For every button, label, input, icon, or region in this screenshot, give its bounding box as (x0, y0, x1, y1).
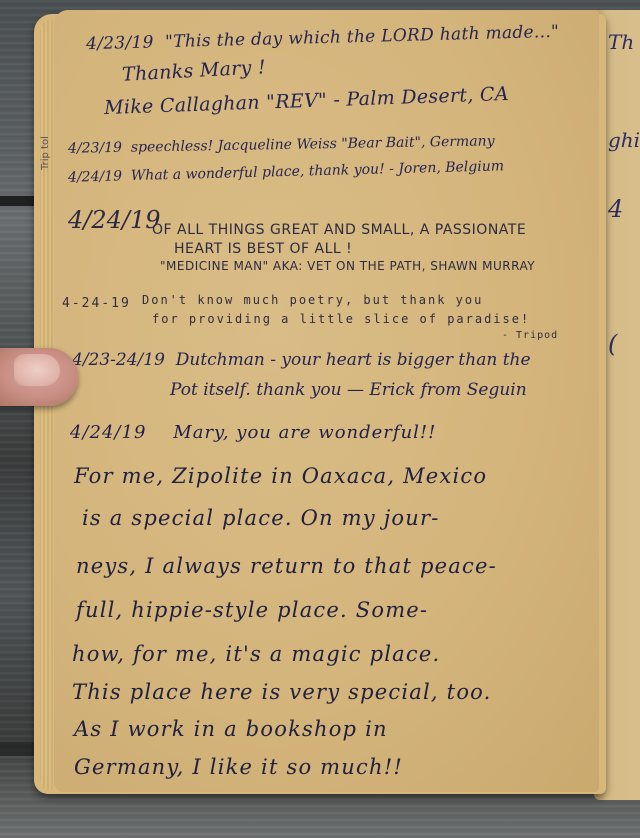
entry-date: 4/23-24/19 (72, 350, 165, 370)
entry-7-line-5: full, hippie-style place. Some- (76, 598, 428, 622)
facing-page-fragment: ghi (608, 128, 640, 152)
entry-7-line-2: For me, Zipolite in Oaxaca, Mexico (74, 464, 487, 488)
facing-page-fragment: Th (608, 30, 634, 54)
entry-5-line-1: Don't know much poetry, but thank you (142, 293, 483, 307)
spine-margin-note: Trip tol (40, 80, 54, 170)
entry-1-line-1: 4/23/19 "This the day which the LORD hat… (86, 22, 560, 54)
facing-page-fragment: 4 (608, 195, 623, 223)
entry-7-line-4: neys, I always return to that peace- (76, 554, 497, 578)
facing-page-fragment: ( (608, 330, 617, 358)
entry-date: 4/24/19 (68, 168, 122, 185)
entry-text: Mary, you are wonderful!! (173, 422, 436, 443)
entry-7-line-9: Germany, I like it so much!! (74, 755, 403, 779)
thumb-holding-page (0, 348, 78, 406)
entry-5-signature: - Tripod (502, 330, 558, 341)
entry-date: 4/23/19 (68, 140, 122, 157)
entry-date: 4/24/19 (70, 422, 146, 443)
entry-text: Dutchman - your heart is bigger than the (176, 350, 531, 370)
entry-date: 4/24/19 (68, 206, 161, 234)
entry-6-line-2: Pot itself. thank you — Erick from Segui… (170, 380, 527, 400)
entry-3: 4/24/19 What a wonderful place, thank yo… (68, 158, 504, 185)
entry-1-line-2: Thanks Mary ! (122, 56, 267, 86)
entry-7-line-3: is a special place. On my jour- (82, 506, 440, 530)
entry-2: 4/23/19 speechless! Jacqueline Weiss "Be… (68, 133, 495, 156)
entry-date: 4-24-19 (62, 296, 131, 311)
thumbnail (14, 354, 60, 386)
entry-text: What a wonderful place, thank you! - Jor… (131, 158, 504, 184)
entry-text: speechless! Jacqueline Weiss "Bear Bait"… (131, 133, 495, 155)
entry-date: 4/23/19 (86, 32, 154, 54)
entry-7-line-1: 4/24/19 Mary, you are wonderful!! (70, 422, 436, 443)
entry-5-line-2: for providing a little slice of paradise… (152, 312, 530, 326)
entry-text: "This the day which the LORD hath made..… (165, 22, 560, 52)
entry-4-line-2: HEART IS BEST OF ALL ! (174, 241, 352, 257)
entry-1-signature: Mike Callaghan "REV" - Palm Desert, CA (104, 83, 509, 119)
entry-7-line-8: As I work in a bookshop in (74, 717, 388, 741)
entry-7-line-6: how, for me, it's a magic place. (72, 642, 440, 666)
entry-4-line-1: OF ALL THINGS GREAT AND SMALL, A PASSION… (152, 222, 526, 238)
entry-4-signature: "MEDICINE MAN" AKA: VET ON THE PATH, SHA… (160, 259, 535, 273)
entry-6-line-1: 4/23-24/19 Dutchman - your heart is bigg… (72, 350, 531, 370)
entry-7-line-7: This place here is very special, too. (72, 680, 492, 704)
journal-page: 4/23/19 "This the day which the LORD hat… (54, 10, 599, 792)
